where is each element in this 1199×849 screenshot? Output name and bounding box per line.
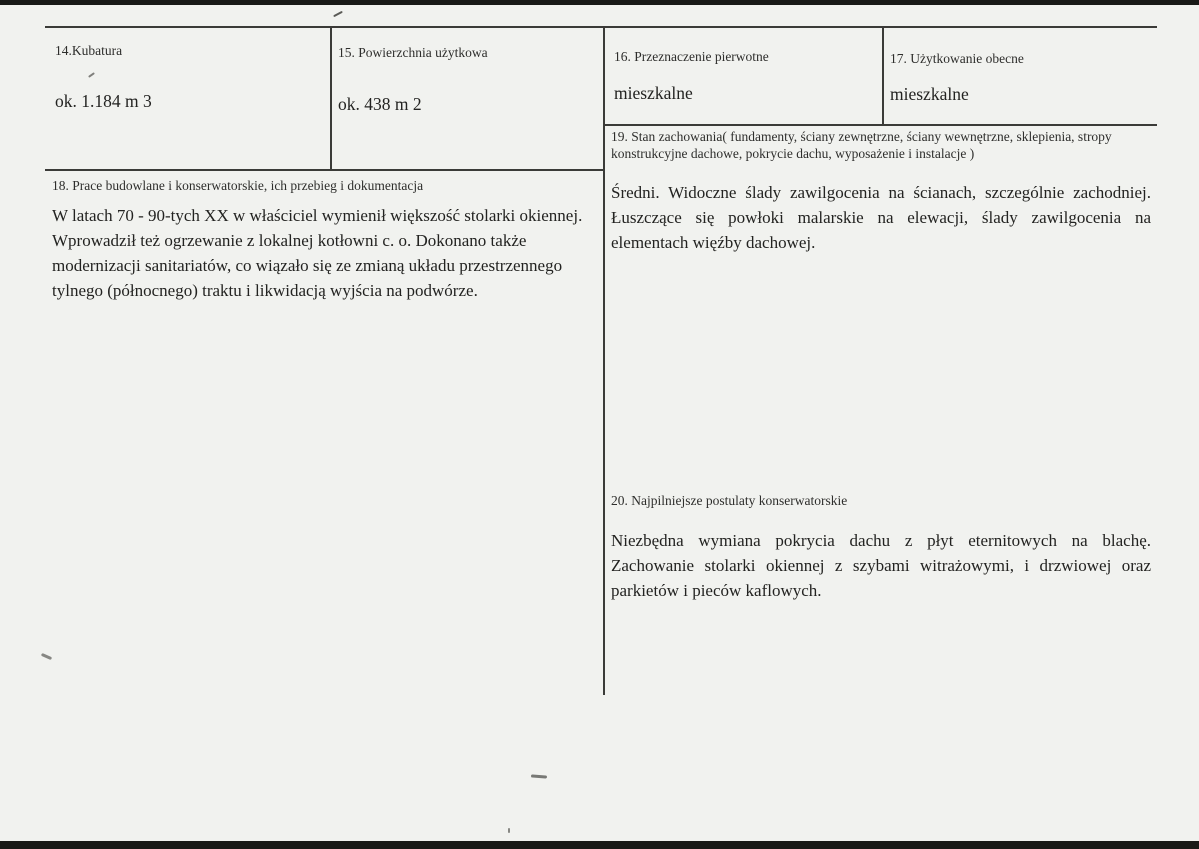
field-16-label: 16. Przeznaczenie pierwotne [614,48,864,65]
field-19-label: 19. Stan zachowania( fundamenty, ściany … [611,128,1157,162]
scan-artifact-squiggle [41,653,52,660]
scanned-document-page: 14.Kubatura ok. 1.184 m 3 15. Powierzchn… [0,0,1199,849]
field-17-label: 17. Użytkowanie obecne [890,50,1140,67]
field-18-value: W latach 70 - 90-tych XX w właściciel wy… [52,203,598,303]
field-15-value: ok. 438 m 2 [338,93,588,116]
field-19-value: Średni. Widoczne ślady zawilgocenia na ś… [611,180,1151,255]
field-20-label: 20. Najpilniejsze postulaty konserwators… [611,492,1157,509]
field-17-uzytkowanie: 17. Użytkowanie obecne mieszkalne [890,50,1140,106]
scan-edge-bottom [0,841,1199,849]
field-14-value: ok. 1.184 m 3 [55,90,310,113]
divider-left-right-column [603,26,605,695]
scan-artifact-dot [508,828,510,833]
field-14-kubatura: 14.Kubatura ok. 1.184 m 3 [55,42,310,113]
line-above-field-18 [45,169,605,171]
scan-edge-top [0,0,1199,5]
table-top-line [45,26,1157,28]
field-16-przeznaczenie: 16. Przeznaczenie pierwotne mieszkalne [614,48,864,105]
field-14-label: 14.Kubatura [55,42,310,59]
field-15-label: 15. Powierzchnia użytkowa [338,44,588,61]
line-above-field-19 [603,124,1157,126]
field-20-value: Niezbędna wymiana pokrycia dachu z płyt … [611,528,1151,603]
field-20-postulaty: 20. Najpilniejsze postulaty konserwators… [611,492,1157,603]
divider-14-15 [330,26,332,171]
divider-16-17 [882,26,884,126]
scan-artifact-smudge [531,774,547,778]
field-17-value: mieszkalne [890,83,1140,106]
field-18-label: 18. Prace budowlane i konserwatorskie, i… [52,177,598,194]
field-16-value: mieszkalne [614,82,864,105]
field-18-prace-budowlane: 18. Prace budowlane i konserwatorskie, i… [52,177,598,303]
scan-artifact-top-tick [333,11,343,17]
field-15-powierzchnia: 15. Powierzchnia użytkowa ok. 438 m 2 [338,44,588,116]
field-19-stan-zachowania: 19. Stan zachowania( fundamenty, ściany … [611,128,1157,255]
